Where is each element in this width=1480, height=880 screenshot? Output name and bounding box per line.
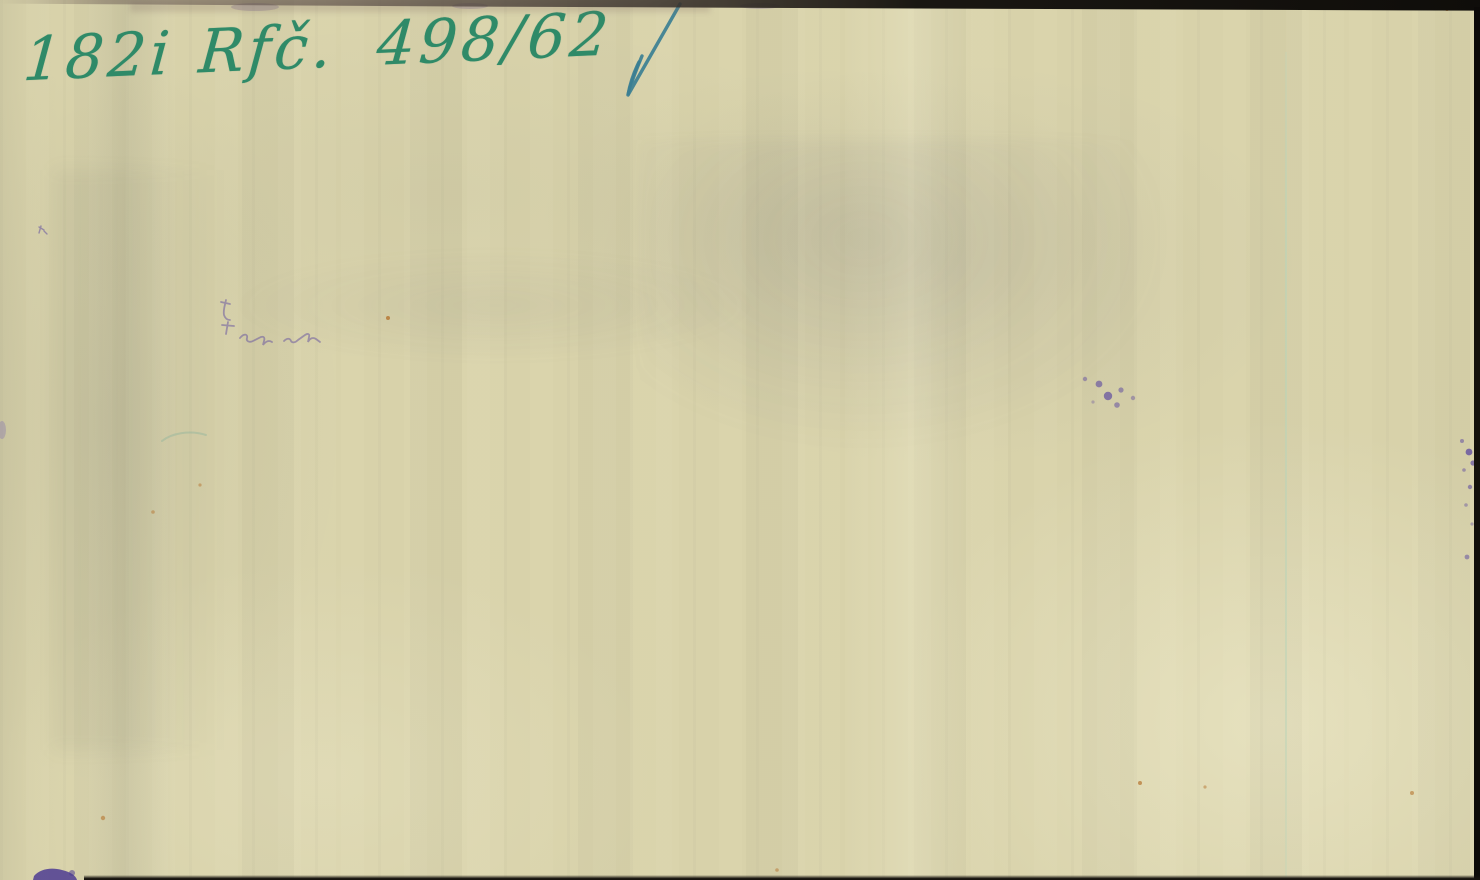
top-band-smudges xyxy=(231,3,780,11)
ink-blot-cluster xyxy=(1083,377,1135,408)
foxing-specks xyxy=(101,7,1449,872)
bottom-left-ink-blob xyxy=(33,869,77,880)
right-edge-specks xyxy=(1460,439,1476,559)
scanned-card: 182iRfč.498/62 xyxy=(0,0,1480,880)
ink-stains-overlay xyxy=(0,0,1480,880)
